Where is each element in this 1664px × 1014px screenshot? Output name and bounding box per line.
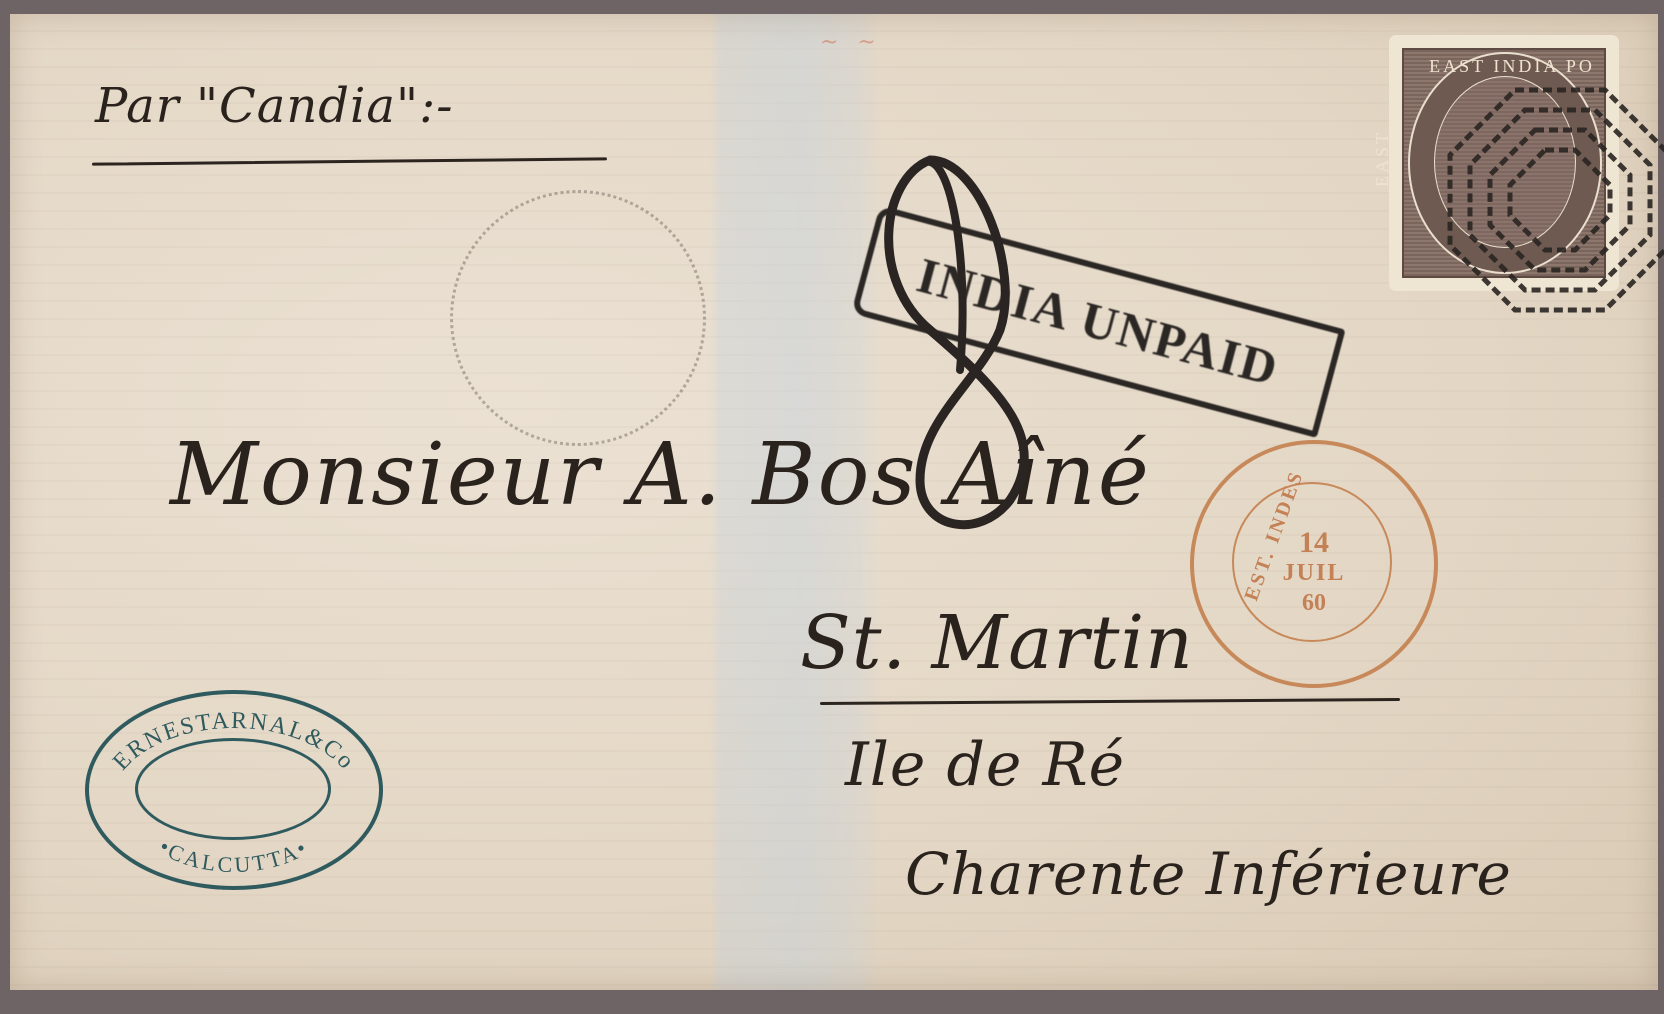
cds-year: 60 — [1194, 590, 1434, 617]
stamp-legend-top: EAST INDIA PO — [1422, 56, 1602, 77]
faint-transit-postmark — [450, 190, 706, 446]
svg-text:•CALCUTTA•: •CALCUTTA• — [155, 834, 314, 877]
red-cds-postmark: EST. INDES 14 JUIL 60 — [1190, 440, 1438, 688]
routing-instruction: Par "Candia":- — [95, 78, 453, 134]
cachet-text: ERNESTARNAL&Co •CALCUTTA• — [89, 694, 379, 886]
charge-numeral-8 — [860, 140, 1100, 540]
address-line-2: St. Martin — [800, 600, 1194, 686]
cds-day: 14 — [1194, 526, 1434, 560]
stamp-legend-left: EAST — [1372, 130, 1393, 187]
octagonal-obliterator — [1440, 80, 1664, 320]
merchant-cachet: ERNESTARNAL&Co •CALCUTTA• — [85, 690, 383, 890]
svg-text:ERNESTARNAL&Co: ERNESTARNAL&Co — [108, 708, 360, 776]
address-line-3: Ile de Ré — [845, 730, 1125, 800]
faint-red-marking: ~ ~ — [820, 30, 882, 55]
address-line-4: Charente Inférieure — [905, 840, 1512, 908]
cds-month: JUIL — [1194, 560, 1434, 587]
